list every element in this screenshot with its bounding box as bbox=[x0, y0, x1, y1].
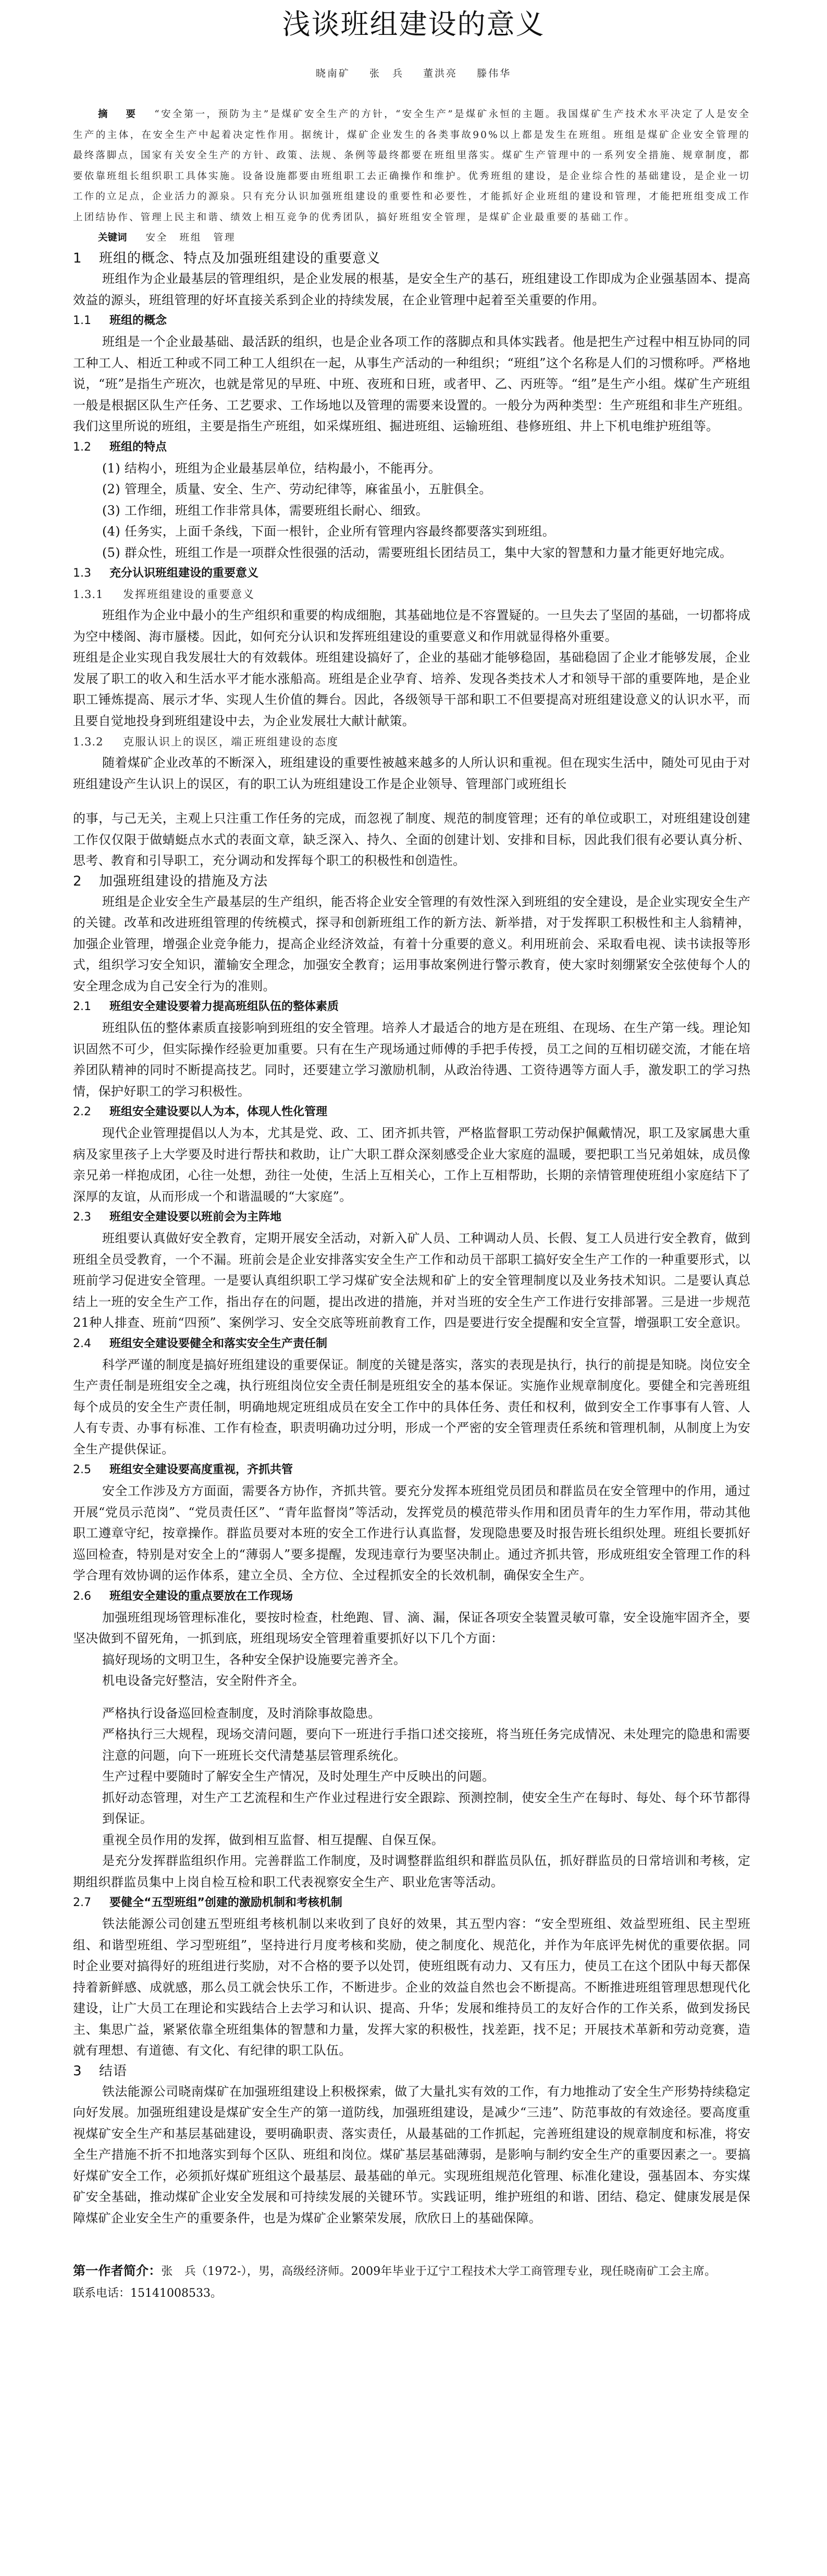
author-bio-label: 第一作者简介： bbox=[73, 2263, 161, 2278]
heading-text: 发挥班组建设的重要意义 bbox=[123, 588, 255, 601]
heading-number: 1.3.2 bbox=[73, 731, 123, 752]
paragraph: 现代企业管理提倡以人为本，尤其是党、政、工、团齐抓共管，严格监督职工劳动保护佩戴… bbox=[73, 1123, 750, 1207]
heading-text: 班组安全建设要健全和落实安全生产责任制 bbox=[109, 1337, 327, 1350]
heading-text: 班组的特点 bbox=[109, 441, 167, 454]
keyword: 班组 bbox=[180, 232, 202, 243]
paragraph: 科学严谨的制度是搞好班组建设的重要保证。制度的关键是落实，落实的表现是执行，执行… bbox=[73, 1354, 750, 1460]
paragraph: (4) 任务实，上面千条线，下面一根针，企业所有管理内容最终都要落实到班组。 bbox=[73, 521, 750, 542]
author-name: 董洪亮 bbox=[423, 68, 458, 79]
heading-number: 1 bbox=[73, 248, 99, 268]
keywords: 关键词安全班组管理 bbox=[73, 228, 750, 248]
heading-number: 2.7 bbox=[73, 1893, 109, 1913]
subsection-heading: 2.2班组安全建设要以人为本，体现人性化管理 bbox=[73, 1102, 750, 1123]
document-body: 摘 要“安全第一，预防为主”是煤矿安全生产的方针，“安全生产”是煤矿永恒的主题。… bbox=[73, 104, 750, 2305]
list-item: 机电设备完好整洁，安全附件齐全。 bbox=[73, 1670, 750, 1691]
list-item: 严格执行三大规程，现场交清问题，要向下一班进行手指口述交接班，将当班任务完成情况… bbox=[73, 1724, 750, 1766]
subsection-heading: 1.1班组的概念 bbox=[73, 310, 750, 331]
heading-number: 3 bbox=[73, 2061, 99, 2081]
subsection-heading: 2.5班组安全建设要高度重视，齐抓共管 bbox=[73, 1460, 750, 1480]
paragraph: 加强班组现场管理标准化，要按时检查，杜绝跑、冒、滴、漏，保证各项安全装置灵敏可靠… bbox=[73, 1607, 750, 1649]
abstract-text: “安全第一，预防为主”是煤矿安全生产的方针，“安全生产”是煤矿永恒的主题。我国煤… bbox=[73, 109, 750, 223]
paragraph: 随着煤矿企业改革的不断深入，班组建设的重要性被越来越多的人所认识和重视。但在现实… bbox=[73, 752, 750, 794]
heading-text: 要健全“五型班组”创建的激励机制和考核机制 bbox=[109, 1896, 342, 1909]
paragraph: 安全工作涉及方方面面，需要各方协作，齐抓共管。要充分发挥本班组党员团员和群监员在… bbox=[73, 1480, 750, 1586]
keyword: 管理 bbox=[214, 232, 236, 243]
author-bio: 第一作者简介：张 兵（1972-），男，高级经济师。2009年毕业于辽宁工程技术… bbox=[73, 2260, 750, 2283]
subsubsection-heading: 1.3.2克服认识上的误区，端正班组建设的态度 bbox=[73, 731, 750, 752]
subsubsection-heading: 1.3.1发挥班组建设的重要意义 bbox=[73, 584, 750, 605]
paragraph: 的事，与己无关，主观上只注重工作任务的完成，而忽视了制度、规范的制度管理；还有的… bbox=[73, 808, 750, 872]
paragraph: 班组是企业安全生产最基层的生产组织，能否将企业安全管理的有效性深入到班组的安全建… bbox=[73, 891, 750, 997]
author-line: 晓南矿 张 兵 董洪亮 滕伟华 bbox=[0, 66, 827, 81]
heading-number: 2.3 bbox=[73, 1207, 109, 1228]
section-heading: 2加强班组建设的措施及方法 bbox=[73, 872, 750, 891]
heading-text: 班组安全建设要以班前会为主阵地 bbox=[109, 1211, 281, 1224]
list-item: 抓好动态管理，对生产工艺流程和生产作业过程进行安全跟踪、预测控制，使安全生产在每… bbox=[73, 1787, 750, 1830]
heading-number: 2.1 bbox=[73, 997, 109, 1017]
article-sections: 1班组的概念、特点及加强班组建设的重要意义班组作为企业最基层的管理组织，是企业发… bbox=[73, 248, 750, 2229]
subsection-heading: 2.1班组安全建设要着力提高班组队伍的整体素质 bbox=[73, 997, 750, 1017]
heading-text: 克服认识上的误区，端正班组建设的态度 bbox=[123, 736, 339, 748]
heading-text: 加强班组建设的措施及方法 bbox=[99, 874, 268, 889]
paragraph: 班组作为企业中最小的生产组织和重要的构成细胞，其基础地位是不容置疑的。一旦失去了… bbox=[73, 605, 750, 647]
paragraph: 班组是一个企业最基础、最活跃的组织，也是企业各项工作的落脚点和具体实践者。他是把… bbox=[73, 331, 750, 437]
heading-number: 2.5 bbox=[73, 1460, 109, 1480]
paragraph: (1) 结构小，班组为企业最基层单位，结构最小，不能再分。 bbox=[73, 458, 750, 479]
heading-text: 班组安全建设要以人为本，体现人性化管理 bbox=[109, 1105, 327, 1118]
abstract: 摘 要“安全第一，预防为主”是煤矿安全生产的方针，“安全生产”是煤矿永恒的主题。… bbox=[73, 104, 750, 228]
paragraph: 铁法能源公司晓南煤矿在加强班组建设上积极探索，做了大量扎实有效的工作，有力地推动… bbox=[73, 2081, 750, 2229]
abstract-label: 摘 要 bbox=[98, 109, 140, 120]
paragraph: (5) 群众性，班组工作是一项群众性很强的活动，需要班组长团结员工，集中大家的智… bbox=[73, 542, 750, 564]
author-name: 张 兵 bbox=[369, 68, 404, 79]
section-heading: 1班组的概念、特点及加强班组建设的重要意义 bbox=[73, 248, 750, 268]
paragraph: 班组队伍的整体素质直接影响到班组的安全管理。培养人才最适合的地方是在班组、在现场… bbox=[73, 1017, 750, 1102]
paragraph: (2) 管理全，质量、安全、生产、劳动纪律等，麻雀虽小，五脏俱全。 bbox=[73, 479, 750, 500]
subsection-heading: 2.6班组安全建设的重点要放在工作现场 bbox=[73, 1586, 750, 1607]
heading-number: 1.3.1 bbox=[73, 584, 123, 605]
heading-text: 班组安全建设的重点要放在工作现场 bbox=[109, 1590, 293, 1603]
subsection-heading: 1.2班组的特点 bbox=[73, 437, 750, 458]
list-item: 严格执行设备巡回检查制度，及时消除事故隐患。 bbox=[73, 1703, 750, 1724]
heading-text: 班组安全建设要着力提高班组队伍的整体素质 bbox=[109, 1000, 339, 1013]
heading-text: 结语 bbox=[99, 2063, 127, 2079]
keywords-label: 关键词 bbox=[98, 232, 127, 243]
subsection-heading: 1.3充分认识班组建设的重要意义 bbox=[73, 563, 750, 584]
list-item: 搞好现场的文明卫生，各种安全保护设施要完善齐全。 bbox=[73, 1649, 750, 1671]
heading-number: 2.4 bbox=[73, 1334, 109, 1354]
heading-text: 班组安全建设要高度重视，齐抓共管 bbox=[109, 1463, 293, 1476]
list-item: 重视全员作用的发挥，做到相互监督、相互提醒、自保互保。 bbox=[73, 1830, 750, 1851]
author-affiliation: 晓南矿 bbox=[316, 68, 350, 79]
subsection-heading: 2.4班组安全建设要健全和落实安全生产责任制 bbox=[73, 1334, 750, 1354]
heading-number: 2 bbox=[73, 872, 99, 891]
heading-text: 充分认识班组建设的重要意义 bbox=[109, 567, 258, 580]
heading-number: 1.2 bbox=[73, 437, 109, 458]
section-heading: 3结语 bbox=[73, 2061, 750, 2081]
heading-number: 2.2 bbox=[73, 1102, 109, 1123]
author-name: 滕伟华 bbox=[477, 68, 511, 79]
document-title: 浅谈班组建设的意义 bbox=[0, 6, 827, 43]
paragraph: 班组作为企业最基层的管理组织，是企业发展的根基，是安全生产的基石，班组建设工作即… bbox=[73, 268, 750, 310]
author-contact: 联系电话：15141008533。 bbox=[73, 2283, 750, 2305]
keyword: 安全 bbox=[146, 232, 168, 243]
heading-number: 2.6 bbox=[73, 1586, 109, 1607]
subsection-heading: 2.7要健全“五型班组”创建的激励机制和考核机制 bbox=[73, 1893, 750, 1913]
author-bio-text: 张 兵（1972-），男，高级经济师。2009年毕业于辽宁工程技术大学工商管理专… bbox=[161, 2265, 716, 2278]
heading-text: 班组的概念 bbox=[109, 314, 167, 327]
list-item: 是充分发挥群监组织作用。完善群监工作制度，及时调整群监组织和群监员队伍，抓好群监… bbox=[73, 1850, 750, 1893]
paragraph: (3) 工作细，班组工作非常具体，需要班组长耐心、细致。 bbox=[73, 500, 750, 521]
subsection-heading: 2.3班组安全建设要以班前会为主阵地 bbox=[73, 1207, 750, 1228]
heading-text: 班组的概念、特点及加强班组建设的重要意义 bbox=[99, 251, 380, 266]
heading-number: 1.1 bbox=[73, 310, 109, 331]
paragraph: 班组是企业实现自我发展壮大的有效载体。班组建设搞好了，企业的基础才能够稳固，基础… bbox=[73, 647, 750, 731]
paragraph: 铁法能源公司创建五型班组考核机制以来收到了良好的效果，其五型内容：“安全型班组、… bbox=[73, 1913, 750, 2061]
heading-number: 1.3 bbox=[73, 563, 109, 584]
paragraph: 班组要认真做好安全教育，定期开展安全活动，对新入矿人员、工种调动人员、长假、复工… bbox=[73, 1228, 750, 1334]
list-item: 生产过程中要随时了解安全生产情况，及时处理生产中反映出的问题。 bbox=[73, 1766, 750, 1787]
